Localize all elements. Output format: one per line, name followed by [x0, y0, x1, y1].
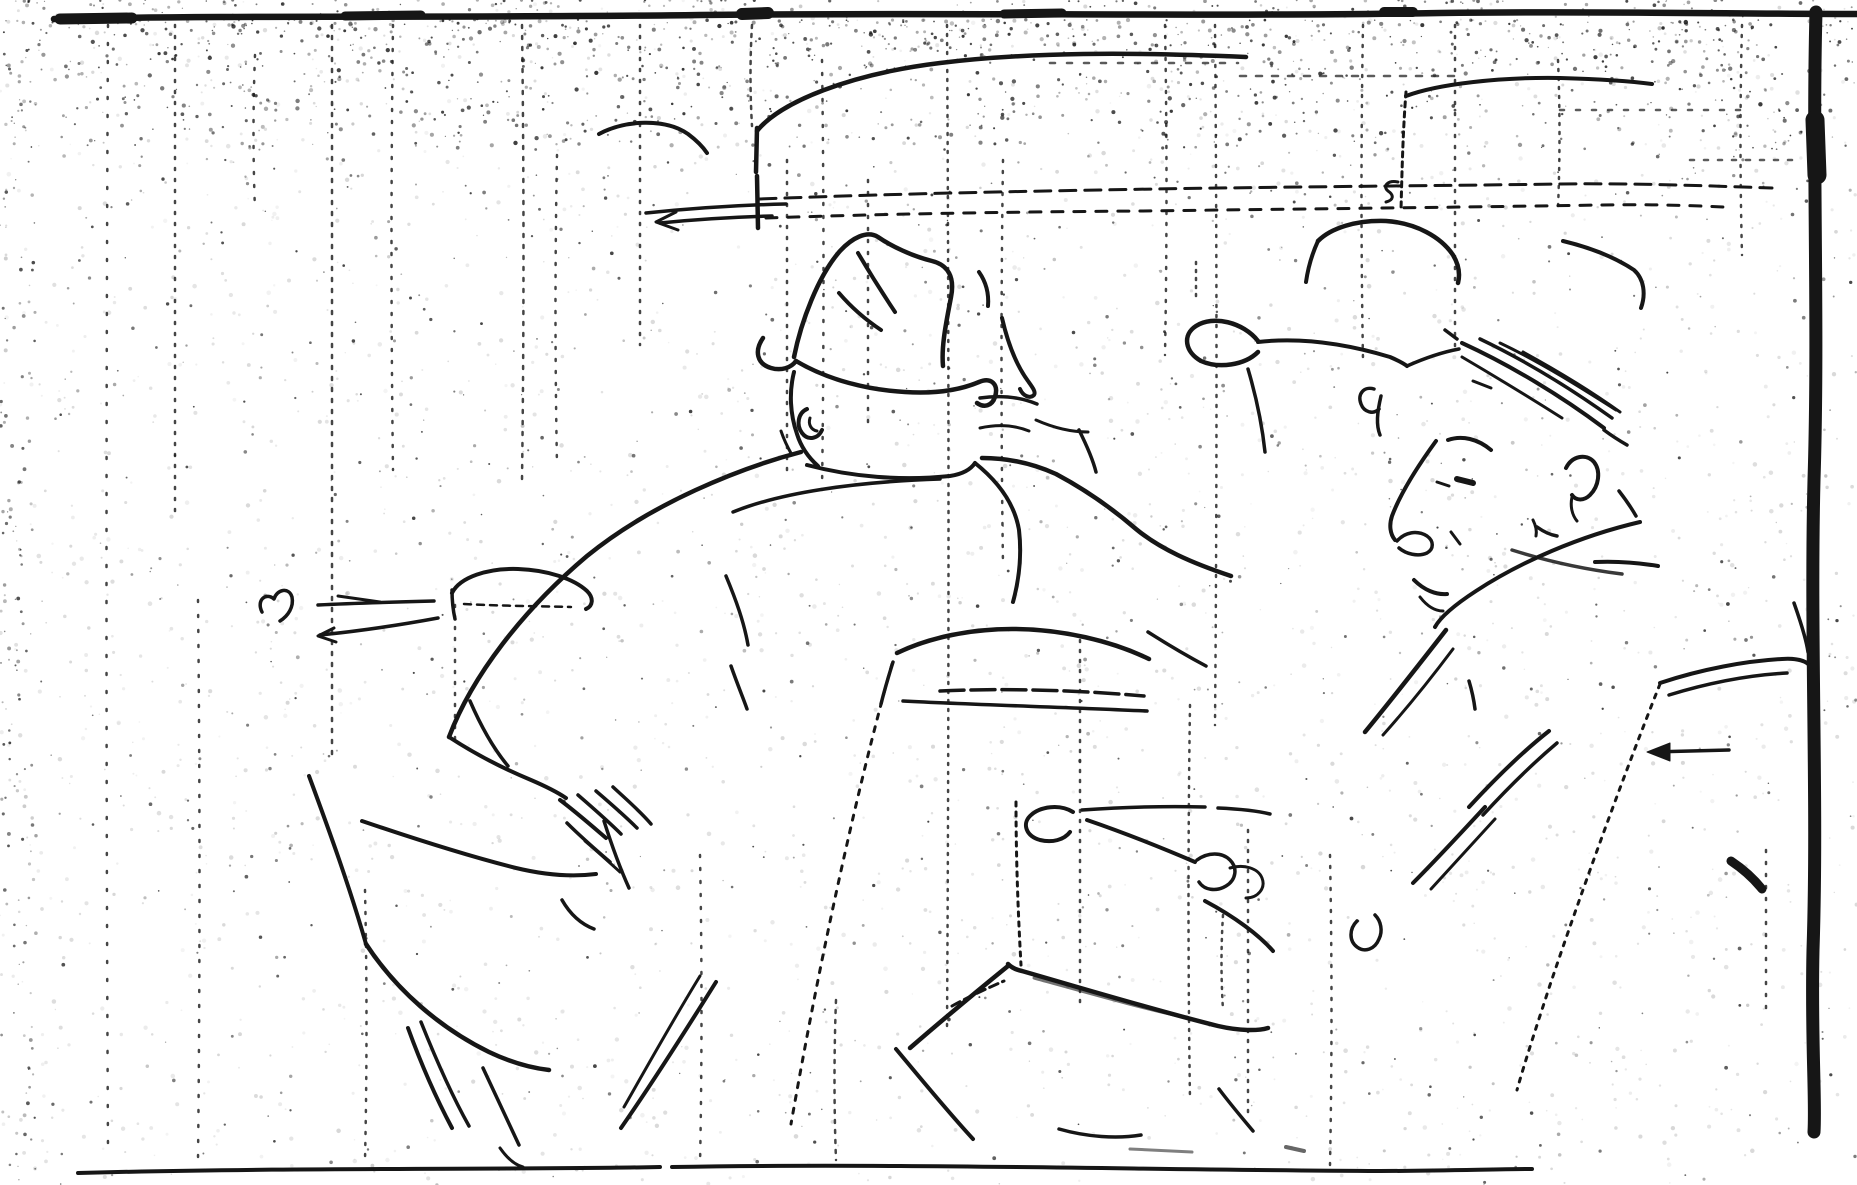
scan-noise-dot — [1718, 877, 1723, 882]
scan-noise-dot — [39, 851, 43, 855]
scan-noise-dot — [542, 108, 545, 111]
scan-noise-dot — [1174, 870, 1176, 872]
scan-noise-dot — [217, 937, 221, 941]
scan-noise-dot — [85, 217, 87, 219]
scan-noise-dot — [105, 54, 108, 57]
scan-noise-dot — [914, 294, 917, 297]
scan-noise-dot — [1264, 19, 1267, 22]
scan-noise-dot — [1310, 508, 1314, 512]
scan-noise-dot — [1554, 312, 1556, 314]
scan-noise-dot — [1306, 1115, 1308, 1117]
scan-noise-dot — [1455, 21, 1458, 24]
scan-noise-dot — [1037, 455, 1039, 457]
scan-noise-dot — [1481, 881, 1485, 885]
scan-noise-dot — [579, 657, 581, 659]
scan-noise-dot — [1658, 124, 1660, 126]
scan-noise-dot — [95, 31, 99, 35]
scan-noise-dot — [85, 669, 88, 672]
scan-noise-dot — [142, 737, 145, 740]
scan-noise-dot — [245, 63, 247, 65]
scan-noise-dot — [267, 1115, 269, 1117]
scan-noise-dot — [516, 114, 519, 117]
scan-noise-dot — [712, 342, 715, 345]
scan-noise-dot — [885, 97, 887, 99]
scan-noise-dot — [1530, 1111, 1533, 1114]
scan-noise-dot — [325, 420, 329, 424]
scan-noise-dot — [1199, 116, 1203, 120]
scan-noise-dot — [564, 25, 566, 27]
scan-noise-dot — [7, 172, 12, 177]
scan-noise-dot — [963, 378, 966, 381]
scan-noise-dot — [828, 203, 831, 206]
scan-noise-dot — [205, 20, 207, 22]
scan-noise-dot — [135, 23, 138, 26]
scan-noise-dot — [1158, 359, 1162, 363]
scan-noise-dot — [1703, 50, 1706, 53]
scan-noise-dot — [929, 910, 932, 913]
scan-noise-dot — [536, 9, 538, 11]
scan-noise-dot — [1555, 1042, 1558, 1045]
scan-noise-dot — [1459, 1154, 1461, 1156]
scan-noise-dot — [1840, 605, 1842, 607]
scan-noise-dot — [1597, 872, 1599, 874]
scan-noise-dot — [1766, 201, 1768, 203]
scan-noise-dot — [576, 29, 580, 33]
scan-noise-dot — [387, 255, 390, 258]
scan-noise-dot — [1200, 1103, 1202, 1105]
scan-noise-dot — [753, 91, 756, 94]
scan-noise-dot — [1382, 716, 1384, 718]
scan-noise-dot — [30, 193, 33, 196]
leg-stroke — [483, 1068, 519, 1145]
scan-noise-dot — [19, 554, 21, 556]
scan-noise-dot — [1054, 712, 1057, 715]
scan-noise-dot — [1448, 1147, 1451, 1150]
scan-noise-dot — [103, 311, 106, 314]
hat-brim-under — [1407, 349, 1459, 366]
scan-noise-dot — [2, 812, 5, 815]
scan-noise-dot — [1131, 202, 1135, 206]
scan-noise-dot — [14, 785, 16, 787]
scan-noise-dot — [1736, 830, 1738, 832]
scan-noise-dot — [1341, 176, 1344, 179]
nostril-loop — [1397, 533, 1432, 555]
scan-noise-dot — [1562, 24, 1563, 25]
scan-noise-dot — [1578, 868, 1580, 870]
scan-noise-dot — [1670, 22, 1672, 24]
scan-noise-dot — [538, 394, 540, 396]
scan-noise-dot — [1343, 1102, 1346, 1105]
scan-noise-dot — [301, 138, 304, 141]
scan-noise-dot — [211, 222, 213, 224]
scan-noise-dot — [1555, 33, 1559, 37]
scan-noise-dot — [508, 96, 510, 98]
scan-noise-dot — [1086, 19, 1088, 21]
scan-noise-dot — [198, 757, 201, 760]
scan-noise-dot — [216, 1144, 218, 1146]
scan-noise-dot — [548, 1053, 550, 1055]
scan-noise-dot — [913, 434, 915, 436]
scan-noise-dot — [1272, 1056, 1274, 1058]
scan-noise-dot — [1721, 40, 1723, 42]
scan-noise-dot — [853, 479, 857, 483]
scan-noise-dot — [195, 115, 198, 118]
scan-noise-dot — [1098, 842, 1100, 844]
scan-noise-dot — [1293, 40, 1296, 43]
scan-noise-dot — [1044, 398, 1046, 400]
scan-noise-dot — [556, 590, 559, 593]
scan-noise-dot — [583, 602, 586, 605]
scan-noise-dot — [1560, 138, 1562, 140]
vertical-streak — [365, 890, 367, 1160]
scan-noise-dot — [1449, 319, 1452, 322]
scan-noise-dot — [559, 228, 562, 231]
scan-noise-dot — [1364, 0, 1367, 2]
scan-noise-dot — [39, 561, 42, 564]
scan-noise-dot — [1056, 42, 1060, 46]
scan-noise-dot — [367, 49, 370, 52]
scan-noise-dot — [655, 942, 657, 944]
scan-noise-dot — [707, 832, 712, 837]
scan-noise-dot — [679, 1073, 680, 1074]
scan-noise-dot — [278, 1102, 282, 1106]
scan-noise-dot — [720, 67, 721, 68]
scan-noise-dot — [1295, 70, 1299, 74]
scan-noise-dot — [393, 339, 396, 342]
scan-noise-dot — [1493, 979, 1495, 981]
scan-noise-dot — [759, 648, 763, 652]
scan-noise-dot — [1477, 651, 1480, 654]
scan-noise-dot — [1832, 136, 1833, 137]
scan-noise-dot — [15, 1132, 18, 1135]
scan-noise-dot — [246, 571, 250, 575]
scan-noise-dot — [1778, 110, 1780, 112]
scan-noise-dot — [206, 70, 210, 74]
scan-noise-dot — [1780, 697, 1782, 699]
scan-noise-dot — [993, 341, 998, 346]
scan-noise-dot — [735, 143, 739, 147]
scan-noise-dot — [395, 552, 398, 555]
scan-noise-dot — [1751, 227, 1753, 229]
scan-noise-dot — [1098, 79, 1102, 83]
scan-noise-dot — [743, 649, 747, 653]
scan-noise-dot — [387, 844, 390, 847]
scan-noise-dot — [1497, 178, 1500, 181]
scan-noise-dot — [352, 1092, 355, 1095]
scan-noise-dot — [654, 72, 656, 74]
scan-noise-dot — [326, 157, 329, 160]
scan-noise-dot — [1167, 139, 1169, 141]
scan-noise-dot — [64, 397, 66, 399]
scan-noise-dot — [1436, 527, 1438, 529]
scan-noise-dot — [301, 822, 304, 825]
eye — [1457, 479, 1473, 483]
scan-noise-dot — [470, 98, 471, 99]
scan-noise-dot — [1131, 978, 1135, 982]
scan-noise-dot — [1628, 386, 1631, 389]
scan-noise-dot — [1293, 550, 1298, 555]
scan-noise-dot — [1241, 423, 1245, 427]
scan-noise-dot — [51, 1117, 53, 1119]
scan-noise-dot — [969, 80, 972, 83]
scan-noise-dot — [606, 657, 607, 658]
scan-noise-dot — [7, 646, 11, 650]
scan-noise-dot — [385, 87, 387, 89]
scan-noise-dot — [1035, 791, 1038, 794]
scan-noise-dot — [65, 378, 66, 379]
scan-noise-dot — [641, 1178, 644, 1181]
scan-noise-dot — [1785, 442, 1788, 445]
scan-noise-dot — [143, 3, 145, 5]
scan-noise-dot — [1147, 413, 1149, 415]
scan-noise-dot — [1479, 116, 1481, 118]
scan-noise-dot — [208, 56, 212, 60]
scan-noise-dot — [1156, 121, 1159, 124]
scan-noise-dot — [1012, 251, 1014, 253]
scan-noise-dot — [633, 784, 637, 788]
scan-noise-dot — [940, 38, 944, 42]
scan-noise-dot — [1186, 23, 1188, 25]
scan-noise-dot — [270, 440, 273, 443]
scan-noise-dot — [1436, 95, 1439, 98]
scan-noise-dot — [1533, 94, 1537, 98]
scan-noise-dot — [741, 369, 743, 371]
scan-noise-dot — [1778, 624, 1782, 628]
scan-noise-dot — [1834, 230, 1838, 234]
scan-noise-dot — [117, 370, 119, 372]
scan-noise-dot — [87, 144, 89, 146]
scan-noise-dot — [1001, 691, 1002, 692]
scan-noise-dot — [1437, 319, 1441, 323]
scan-noise-dot — [1727, 248, 1731, 252]
scan-noise-dot — [738, 122, 740, 124]
scan-noise-dot — [410, 403, 413, 406]
scan-noise-dot — [978, 996, 980, 998]
scan-noise-dot — [1380, 618, 1382, 620]
scan-noise-dot — [1427, 1093, 1430, 1096]
scan-noise-dot — [1538, 102, 1541, 105]
scan-noise-dot — [1367, 284, 1372, 289]
scan-noise-dot — [1095, 109, 1099, 113]
scan-noise-dot — [1027, 28, 1029, 30]
scan-noise-dot — [1228, 166, 1230, 168]
scan-noise-dot — [1430, 478, 1434, 482]
scan-noise-dot — [1474, 277, 1477, 280]
scan-noise-dot — [310, 858, 312, 860]
scan-noise-dot — [207, 1080, 210, 1083]
scan-noise-dot — [1844, 671, 1848, 675]
scan-noise-dot — [1718, 38, 1721, 41]
scan-noise-dot — [220, 231, 222, 233]
scan-noise-dot — [13, 1012, 15, 1014]
scan-noise-dot — [1489, 48, 1492, 51]
scan-noise-dot — [337, 38, 340, 41]
scan-noise-dot — [1822, 1031, 1824, 1033]
scan-noise-dot — [1337, 299, 1340, 302]
scan-noise-dot — [1700, 139, 1702, 141]
scan-noise-dot — [1284, 426, 1287, 429]
scan-noise-dot — [459, 976, 461, 978]
scan-noise-dot — [1270, 434, 1274, 438]
scan-noise-dot — [1316, 150, 1317, 151]
scan-noise-dot — [1062, 296, 1064, 298]
scan-noise-dot — [534, 798, 535, 799]
scan-noise-dot — [1682, 45, 1684, 47]
scan-noise-dot — [1645, 143, 1647, 145]
scan-noise-dot — [441, 64, 445, 68]
vertical-streak — [107, 25, 109, 1150]
scan-noise-dot — [1285, 35, 1288, 38]
scan-noise-dot — [1590, 1041, 1593, 1044]
scan-noise-dot — [1556, 37, 1558, 39]
scan-noise-dot — [1566, 418, 1570, 422]
scan-noise-dot — [1324, 68, 1326, 70]
scan-noise-dot — [898, 700, 899, 701]
scan-noise-dot — [734, 20, 737, 23]
scan-noise-dot — [1696, 84, 1700, 88]
scan-noise-dot — [1661, 26, 1664, 29]
scan-noise-dot — [516, 641, 518, 643]
scan-noise-dot — [1498, 763, 1501, 766]
scan-noise-dot — [1461, 305, 1464, 308]
scan-noise-dot — [246, 503, 250, 507]
scan-noise-dot — [1068, 37, 1070, 39]
scan-noise-dot — [1662, 4, 1666, 8]
scan-noise-dot — [1622, 1055, 1626, 1059]
scan-noise-dot — [185, 63, 189, 67]
scan-noise-dot — [1220, 486, 1223, 489]
scan-noise-dot — [116, 720, 121, 725]
scan-noise-dot — [1526, 1045, 1529, 1048]
neck-mark — [1533, 520, 1536, 536]
scan-noise-dot — [205, 232, 208, 235]
scan-noise-dot — [9, 516, 12, 519]
scan-noise-dot — [245, 875, 249, 879]
scan-noise-dot — [285, 118, 288, 121]
scan-noise-dot — [499, 582, 502, 585]
scan-noise-dot — [33, 340, 36, 343]
scan-noise-dot — [1383, 452, 1385, 454]
scan-noise-dot — [37, 43, 40, 46]
scan-noise-dot — [733, 34, 736, 37]
scan-noise-dot — [1126, 49, 1127, 50]
scan-noise-dot — [1119, 96, 1121, 98]
scan-noise-dot — [837, 615, 839, 617]
scan-noise-dot — [978, 98, 981, 101]
scan-noise-dot — [256, 3, 258, 5]
scan-noise-dot — [1686, 1041, 1689, 1044]
scan-noise-dot — [70, 371, 72, 373]
scan-noise-dot — [149, 802, 153, 806]
scan-noise-dot — [347, 399, 350, 402]
scan-noise-dot — [1204, 757, 1206, 759]
scan-noise-dot — [1550, 1167, 1553, 1170]
scan-noise-dot — [300, 39, 303, 42]
scan-noise-dot — [976, 604, 980, 608]
scan-noise-dot — [704, 34, 707, 37]
scan-noise-dot — [1779, 503, 1783, 507]
scan-noise-dot — [1093, 357, 1096, 360]
scan-noise-dot — [1616, 347, 1618, 349]
scan-noise-dot — [1481, 950, 1485, 954]
scan-noise-dot — [439, 485, 441, 487]
scan-noise-dot — [1790, 555, 1792, 557]
scan-noise-dot — [1030, 22, 1031, 23]
scan-noise-dot — [18, 698, 21, 701]
scan-noise-dot — [729, 85, 731, 87]
scan-noise-dot — [212, 337, 214, 339]
scan-noise-dot — [197, 37, 200, 40]
scan-noise-dot — [251, 425, 254, 428]
scan-noise-dot — [1289, 91, 1290, 92]
scan-noise-dot — [1130, 33, 1133, 36]
scan-noise-dot — [812, 685, 814, 687]
scan-noise-dot — [1669, 136, 1671, 138]
scan-noise-dot — [1241, 25, 1244, 28]
scan-noise-dot — [1529, 221, 1531, 223]
scan-noise-dot — [1784, 161, 1788, 165]
scan-noise-dot — [227, 23, 231, 27]
scan-noise-dot — [1651, 761, 1655, 765]
scan-noise-dot — [1657, 1, 1660, 4]
scan-noise-dot — [1710, 305, 1714, 309]
scan-noise-dot — [434, 50, 437, 53]
scan-noise-dot — [1161, 146, 1164, 149]
scan-noise-dot — [119, 1087, 122, 1090]
scan-noise-dot — [1279, 246, 1283, 250]
scan-noise-dot — [1227, 46, 1229, 48]
scan-noise-dot — [1376, 1091, 1380, 1095]
scan-noise-dot — [490, 143, 494, 147]
scan-noise-dot — [422, 939, 426, 943]
scan-noise-dot — [353, 1159, 357, 1163]
scan-noise-dot — [552, 57, 553, 58]
scan-noise-dot — [1800, 945, 1802, 947]
scan-noise-dot — [452, 686, 454, 688]
scan-noise-dot — [1697, 21, 1699, 23]
scan-noise-dot — [1850, 666, 1854, 670]
scan-noise-dot — [962, 768, 965, 771]
scan-noise-dot — [1678, 537, 1681, 540]
scan-noise-dot — [1780, 218, 1782, 220]
scan-noise-dot — [1442, 1159, 1444, 1161]
scan-noise-dot — [152, 8, 154, 10]
scan-noise-dot — [1463, 1096, 1464, 1097]
scan-noise-dot — [338, 688, 343, 693]
scan-noise-dot — [811, 265, 814, 268]
scan-noise-dot — [1406, 762, 1409, 765]
window-sill-line — [760, 184, 1772, 199]
vertical-streak — [556, 155, 558, 465]
scan-noise-dot — [788, 1094, 792, 1098]
scan-noise-dot — [1244, 526, 1245, 527]
scan-noise-dot — [1714, 916, 1716, 918]
scan-noise-dot — [316, 280, 318, 282]
scan-noise-dot — [35, 104, 36, 105]
scan-noise-dot — [167, 466, 170, 469]
scan-noise-dot — [474, 557, 477, 560]
scan-noise-dot — [1561, 53, 1563, 55]
box-bottom-echo — [1034, 978, 1188, 1018]
scan-noise-dot — [1276, 444, 1279, 447]
scan-noise-dot — [112, 651, 115, 654]
scan-noise-dot — [915, 79, 917, 81]
scan-noise-dot — [114, 34, 116, 36]
scan-noise-dot — [10, 158, 11, 159]
scan-noise-dot — [1262, 795, 1264, 797]
scan-noise-dot — [1443, 182, 1445, 184]
scan-noise-dot — [276, 216, 280, 220]
